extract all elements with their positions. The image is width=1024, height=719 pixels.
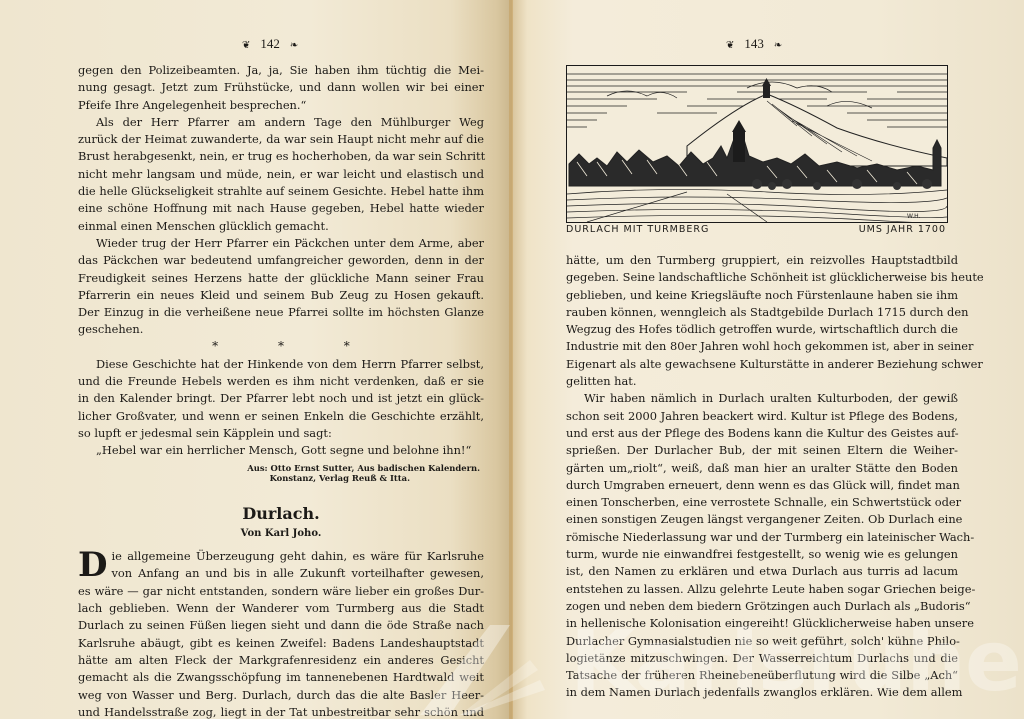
- text-line: Wieder trug der Herr Pfarrer ein Päckche…: [78, 235, 484, 252]
- text-line: Durlach zu seinen Füßen liegen sieht und…: [78, 617, 484, 634]
- text-line: und erst aus der Pflege des Bodens kann …: [566, 425, 958, 442]
- text-line: von Anfang an und bis in alle Zukunft vo…: [78, 565, 484, 582]
- ornament-right-icon: ❧: [774, 40, 782, 51]
- paragraph: Diese Geschichte hat der Hinkende von de…: [78, 356, 484, 460]
- chapter-title: Durlach.: [78, 505, 484, 522]
- text-line: und die Freunde Hebels werden es ihm nic…: [78, 373, 484, 390]
- text-line: es wäre — gar nicht entstanden, sondern …: [78, 583, 484, 600]
- text-line: schon seit 2000 Jahren beackert wird. Ku…: [566, 408, 958, 425]
- right-page-body: hätte, um den Turmberg gruppiert, ein re…: [566, 252, 958, 702]
- text-line: einen Tonscherben, eine verrostete Schna…: [566, 494, 958, 511]
- text-line: gegeben. Seine landschaftliche Schönheit…: [566, 269, 958, 286]
- caption-right: UMS JAHR 1700: [859, 224, 946, 235]
- text-line: gegen den Polizeibeamten. Ja, ja, Sie ha…: [78, 62, 484, 79]
- text-line: Wir haben nämlich in Durlach uralten Kul…: [566, 390, 958, 407]
- section-separator: * * *: [78, 339, 484, 356]
- text-line: Pfarrerin ein neues Kleid und seinem Bub…: [78, 287, 484, 304]
- text-line: Freudigkeit seines Herzens hatte der glü…: [78, 270, 484, 287]
- text-line: das Päckchen war bedeutend umfangreicher…: [78, 252, 484, 269]
- text-line: turm, wurde nie einwandfrei festgestellt…: [566, 546, 958, 563]
- page-number-header: ❦142❧: [232, 36, 308, 52]
- durlach-illustration: W.H.: [566, 65, 948, 223]
- text-line: Wegzug des Hofes tödlich getroffen wurde…: [566, 321, 958, 338]
- text-line: hätte am alten Fleck der Markgrafenresid…: [78, 652, 484, 669]
- text-line: und Handelsstraße zog, liegt in der Tat …: [78, 704, 484, 719]
- text-line: gelitten hat.: [566, 373, 958, 390]
- text-line: logietänze mitzuschwingen. Der Wasserrei…: [566, 650, 958, 667]
- paragraph: Wieder trug der Herr Pfarrer ein Päckche…: [78, 235, 484, 339]
- left-page: ❦142❧ gegen den Polizeibeamten. Ja, ja, …: [0, 0, 512, 719]
- text-line: eine schöne Hoffnung mit nach Hause gege…: [78, 200, 484, 217]
- artist-signature: W.H.: [907, 213, 921, 220]
- paragraph: Wir haben nämlich in Durlach uralten Kul…: [566, 390, 958, 701]
- text-line: licher Großvater, und wenn er seinen Enk…: [78, 408, 484, 425]
- text-line: einmal einen Menschen glücklich gemacht.: [78, 218, 484, 235]
- text-line: Als der Herr Pfarrer am andern Tage den …: [78, 114, 484, 131]
- text-line: hätte, um den Turmberg gruppiert, ein re…: [566, 252, 958, 269]
- left-page-body: gegen den Polizeibeamten. Ja, ja, Sie ha…: [78, 62, 484, 719]
- text-line: Industrie mit den 80er Jahren wohl hoch …: [566, 338, 958, 355]
- text-line: Diese Geschichte hat der Hinkende von de…: [78, 356, 484, 373]
- quote-line: „Hebel war ein herrlicher Mensch, Gott s…: [78, 442, 484, 459]
- text-line: gemacht als die Zwangsschöpfung im tanne…: [78, 669, 484, 686]
- text-line: gärten um„riolt“, weiß, daß man hier an …: [566, 460, 958, 477]
- illustration-caption: DURLACH MIT TURMBERG UMS JAHR 1700: [566, 224, 946, 235]
- ornament-right-icon: ❧: [290, 40, 298, 51]
- source-line: Konstanz, Verlag Reuß & Itta.: [78, 473, 480, 483]
- paragraph: D ie allgemeine Überzeugung geht dahin, …: [78, 548, 484, 719]
- drop-cap: D: [78, 550, 107, 580]
- text-line: zogen und neben dem biedern Grötzingen a…: [566, 598, 958, 615]
- paragraph: gegen den Polizeibeamten. Ja, ja, Sie ha…: [78, 62, 484, 114]
- page-number: 143: [744, 36, 764, 51]
- text-line: Der Einzug in die verheißene neue Pfarre…: [78, 304, 484, 321]
- text-line: Brust herabgesenkt, nein, er trug es hoc…: [78, 148, 484, 165]
- text-line: Durlacher Gymnasialstudien nie so weit g…: [566, 633, 958, 650]
- ornament-left-icon: ❦: [242, 40, 250, 51]
- text-line: ie allgemeine Überzeugung geht dahin, es…: [78, 548, 484, 565]
- text-line: einen sonstigen Zeugen längst vergangene…: [566, 511, 958, 528]
- text-line: zurück der Heimat zuwanderte, da war sei…: [78, 131, 484, 148]
- text-line: geschehen.: [78, 321, 484, 338]
- source-line: Aus: Otto Ernst Sutter, Aus badischen Ka…: [78, 463, 480, 473]
- text-line: so lupft er jedesmal sein Käpplein und s…: [78, 425, 484, 442]
- text-line: nung gesagt. Jetzt zum Frühstücke, und d…: [78, 79, 484, 96]
- text-line: nicht mehr langsam und müde, nein, er wa…: [78, 166, 484, 183]
- text-line: in hellenische Kolonisation eingereiht! …: [566, 615, 958, 632]
- text-line: Eigenart als alte gewachsene Kulturstätt…: [566, 356, 958, 373]
- text-line: ist, den Namen zu erklären und etwa Durl…: [566, 563, 958, 580]
- text-line: weg von Wasser und Berg. Durlach, durch …: [78, 687, 484, 704]
- text-line: entstehen zu lassen. Allzu gelehrte Leut…: [566, 581, 958, 598]
- text-line: in den Kalender bringt. Der Pfarrer lebt…: [78, 390, 484, 407]
- text-line: römische Niederlassung war und der Turmb…: [566, 529, 958, 546]
- paragraph: hätte, um den Turmberg gruppiert, ein re…: [566, 252, 958, 390]
- text-line: geblieben, und keine Kriegsläufte noch F…: [566, 287, 958, 304]
- book-gutter: [509, 0, 513, 719]
- caption-left: DURLACH MIT TURMBERG: [566, 224, 709, 235]
- town-landscape-icon: W.H.: [567, 66, 947, 222]
- text-line: durch Umgraben erneuert, denn wenn es da…: [566, 477, 958, 494]
- text-line: lach geblieben. Wenn der Wanderer vom Tu…: [78, 600, 484, 617]
- text-line: Tatsache der früheren Rheinebeneüberflut…: [566, 667, 958, 684]
- ornament-left-icon: ❦: [726, 40, 734, 51]
- source-citation: Aus: Otto Ernst Sutter, Aus badischen Ka…: [78, 463, 484, 483]
- page-number-header: ❦143❧: [716, 36, 792, 52]
- text-line: in dem Namen Durlach jedenfalls zwanglos…: [566, 684, 958, 701]
- page-number: 142: [260, 36, 280, 51]
- text-line: die helle Glückseligkeit strahlte auf se…: [78, 183, 484, 200]
- text-line: sprießen. Der Durlacher Bub, der mit sei…: [566, 442, 958, 459]
- chapter-author: Von Karl Joho.: [78, 525, 484, 542]
- text-line: Karlsruhe abäugt, gibt es keinen Zweifel…: [78, 635, 484, 652]
- text-line: Pfeife Ihre Angelegenheit besprechen.“: [78, 97, 484, 114]
- text-line: rauben können, wenngleich als Stadtgebil…: [566, 304, 958, 321]
- paragraph: Als der Herr Pfarrer am andern Tage den …: [78, 114, 484, 235]
